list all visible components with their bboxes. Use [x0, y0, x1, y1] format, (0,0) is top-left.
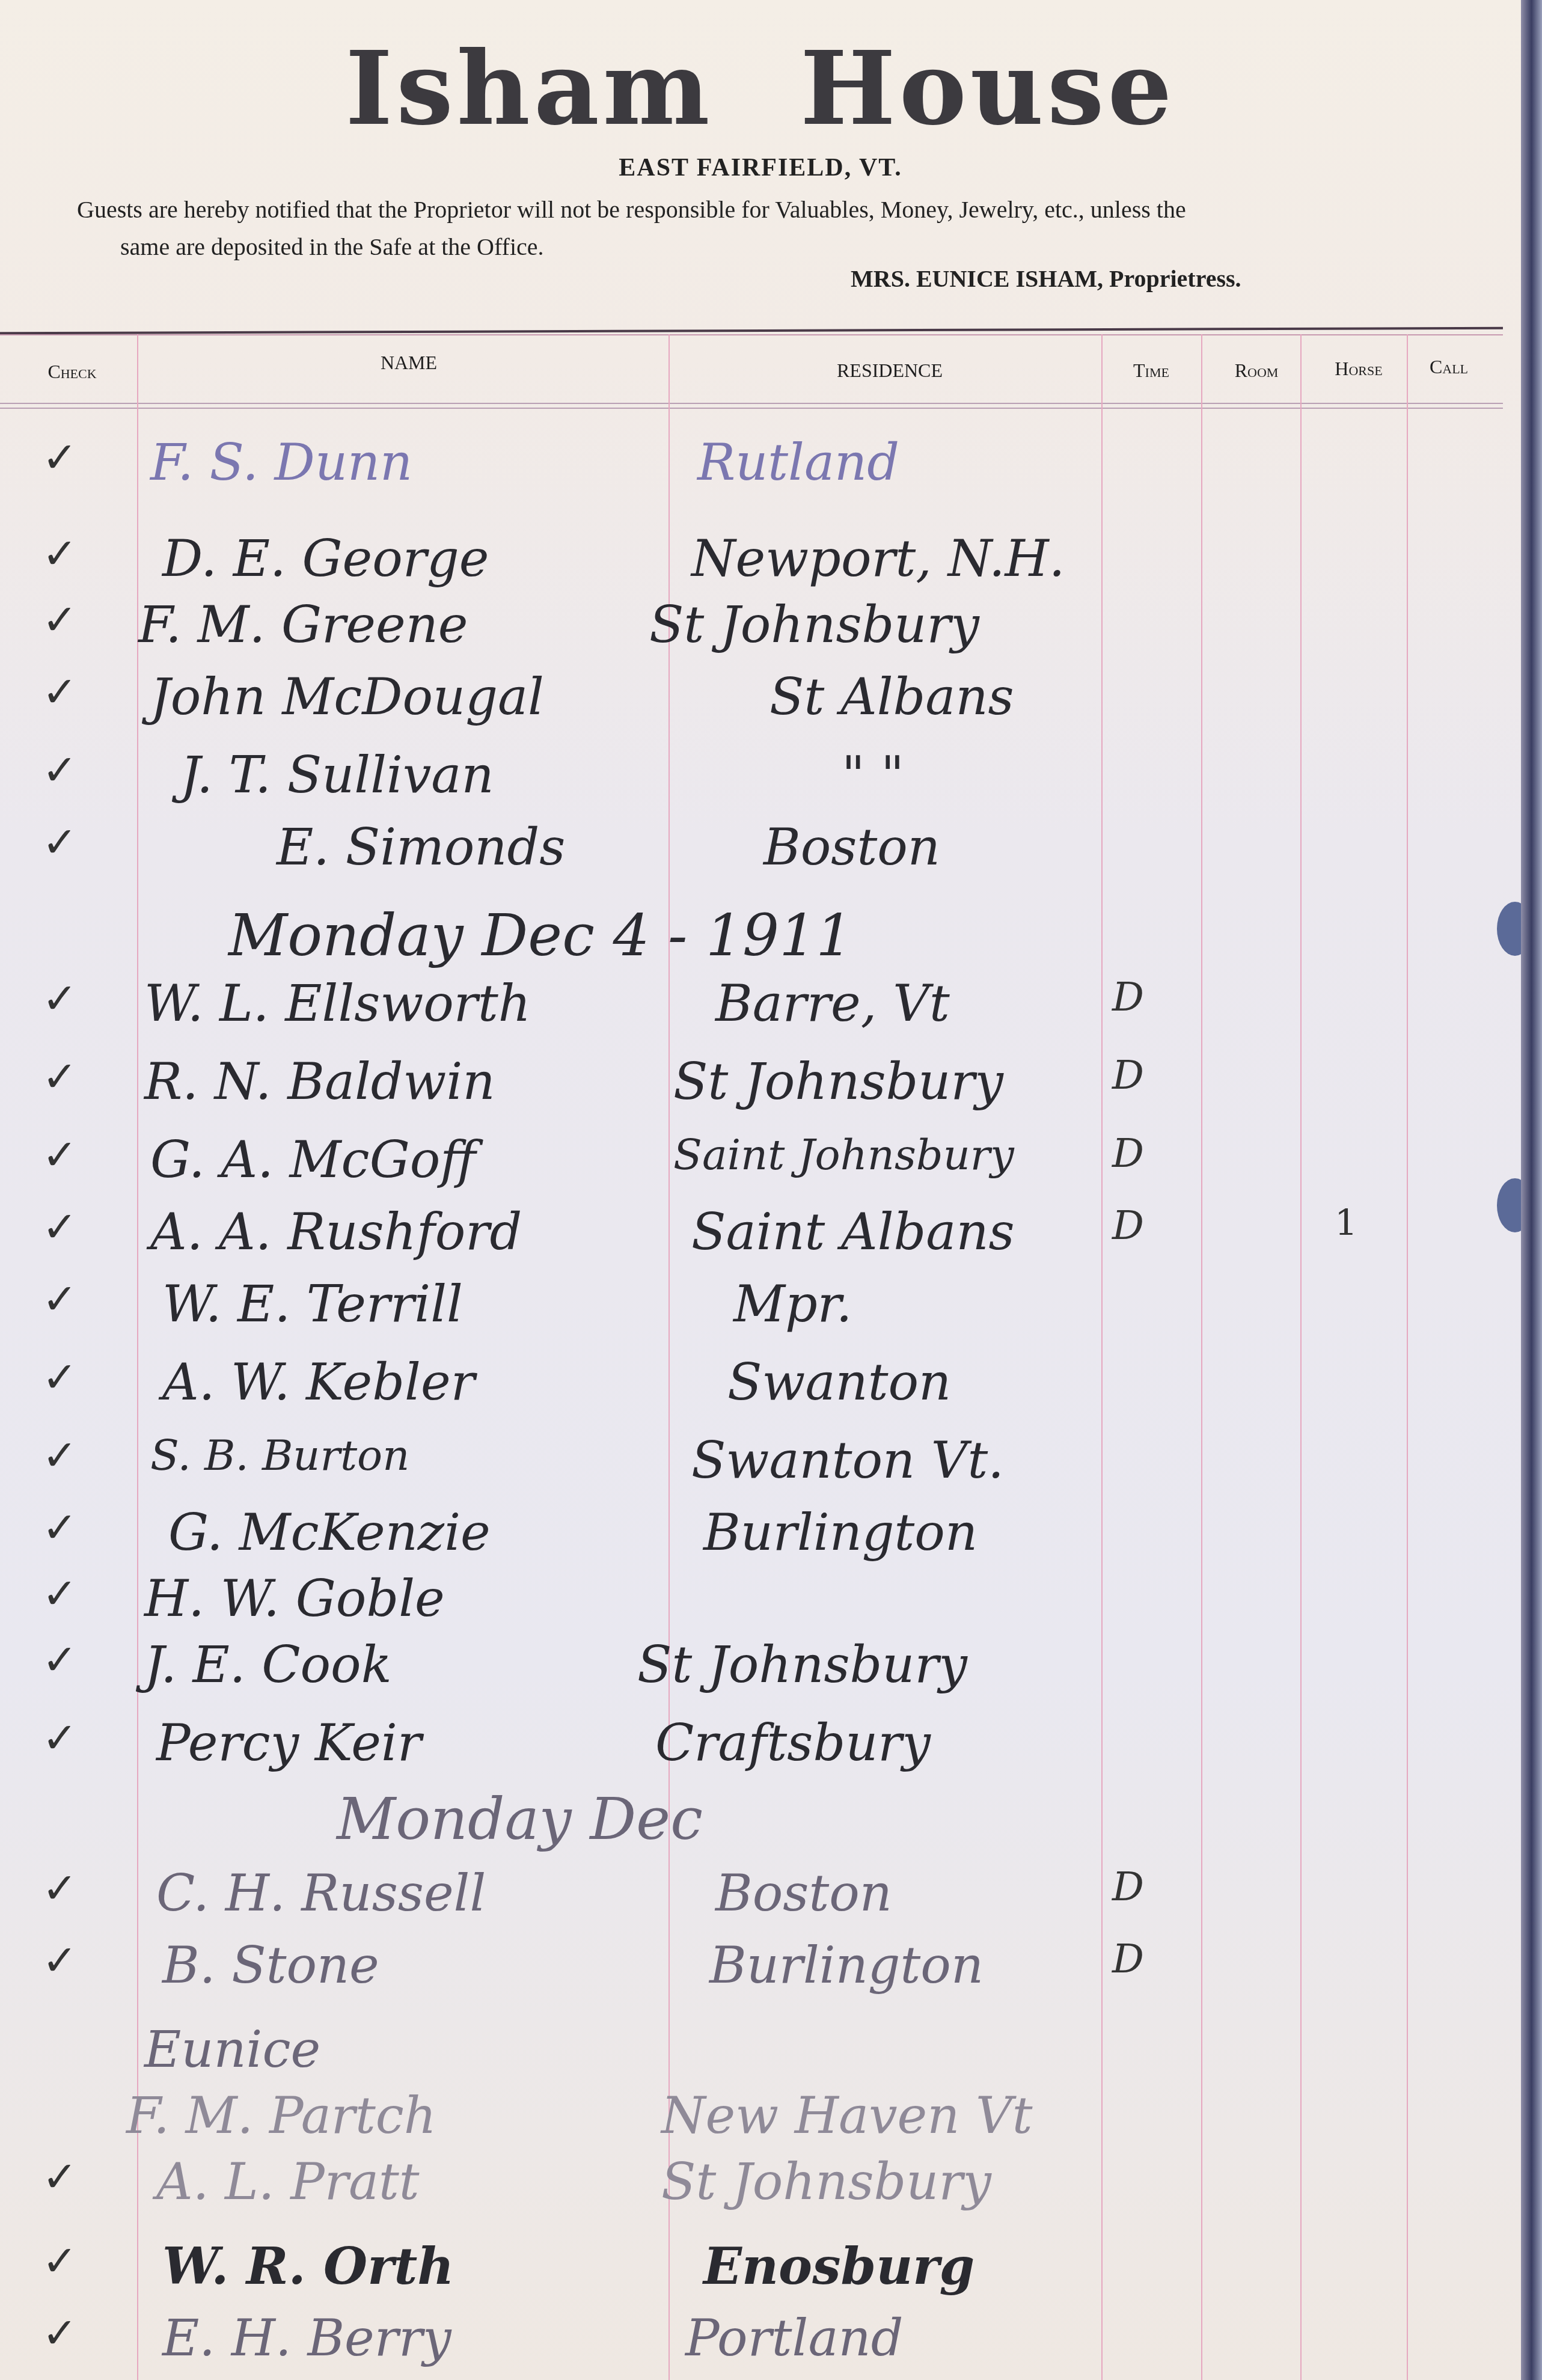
guest-name: F. S. Dunn [150, 433, 412, 492]
column-head-rule-2 [0, 408, 1503, 409]
check-mark-icon: ✓ [42, 1569, 78, 1618]
guest-residence: St Johnsbury [661, 2152, 991, 2211]
guest-name: G. McKenzie [168, 1503, 491, 1562]
check-mark-icon: ✓ [42, 1713, 78, 1763]
guest-name: C. H. Russell [156, 1864, 486, 1923]
guest-residence: St Johnsbury [649, 595, 979, 654]
register-entry: ✓ W. R. Orth Enosburg [0, 2236, 1503, 2296]
guest-name: F. M. Greene [138, 595, 468, 654]
check-mark-icon: ✓ [42, 2236, 78, 2286]
guest-name: S. B. Burton [150, 1431, 409, 1480]
column-header-name: NAME [337, 352, 481, 374]
guest-name: J. T. Sullivan [180, 745, 494, 804]
register-entry: ✓ W. L. Ellsworth Barre, Vt D [0, 974, 1503, 1034]
register-entry: Eunice [0, 2020, 1503, 2080]
proprietor-signature: MRS. EUNICE ISHAM, Proprietress. [851, 265, 1241, 293]
guest-name: B. Stone [162, 1936, 379, 1995]
header-rule-2 [0, 334, 1503, 335]
guest-name: Percy Keir [156, 1713, 421, 1772]
notice-line-1: Guests are hereby notified that the Prop… [77, 195, 1186, 224]
notice-line-2: same are deposited in the Safe at the Of… [120, 233, 544, 261]
check-mark-icon: ✓ [42, 745, 78, 795]
date-heading: Monday Dec [0, 1785, 1503, 1846]
register-page: Isham House EAST FAIRFIELD, VT. Guests a… [0, 0, 1521, 2380]
register-entry: ✓ H. W. Goble [0, 1569, 1503, 1629]
guest-name: D. E. George [162, 529, 489, 588]
guest-residence: Enosburg [703, 2236, 974, 2296]
register-entry: ✓ J. T. Sullivan " " [0, 745, 1503, 806]
register-entry: ✓ A. L. Pratt St Johnsbury [0, 2152, 1503, 2212]
check-mark-icon: ✓ [42, 1353, 78, 1402]
register-entry: ✓ Percy Keir Craftsbury [0, 1713, 1503, 1773]
guest-name: Eunice [144, 2020, 320, 2079]
guest-residence: Swanton Vt. [691, 1431, 1004, 1490]
register-entry: ✓ F. M. Greene St Johnsbury [0, 595, 1503, 655]
check-mark-icon: ✓ [42, 1431, 78, 1480]
guest-name: W. R. Orth [162, 2236, 454, 2296]
check-mark-icon: ✓ [42, 1130, 78, 1179]
check-mark-icon: ✓ [42, 1635, 78, 1684]
check-mark-icon: ✓ [42, 974, 78, 1023]
register-entry: F. M. Partch New Haven Vt [0, 2086, 1503, 2146]
check-mark-icon: ✓ [42, 529, 78, 578]
header-rule [0, 327, 1503, 335]
check-mark-icon: ✓ [42, 1864, 78, 1913]
register-entry: ✓ R. N. Baldwin St Johnsbury D [0, 1052, 1503, 1112]
check-mark-icon: ✓ [42, 1936, 78, 1985]
register-entry: ✓ John McDougal St Albans [0, 667, 1503, 727]
check-mark-icon: ✓ [42, 595, 78, 644]
check-mark-icon: ✓ [42, 2308, 78, 2358]
guest-residence: New Haven Vt [661, 2086, 1033, 2145]
guest-name: A. W. Kebler [162, 1353, 475, 1412]
register-entry: ✓ G. A. McGoff Saint Johnsbury D [0, 1130, 1503, 1190]
register-entry: ✓ E. Simonds Boston [0, 818, 1503, 878]
check-mark-icon: ✓ [42, 1503, 78, 1552]
guest-residence: Saint Johnsbury [673, 1130, 1014, 1179]
guest-name: F. M. Partch [126, 2086, 436, 2145]
date-heading: Monday Dec 4 - 1911 [0, 902, 1503, 962]
register-entry: ✓ A. W. Kebler Swanton [0, 1353, 1503, 1413]
hotel-title: Isham House [0, 29, 1521, 148]
register-entry: ✓ S. B. Burton Swanton Vt. [0, 1431, 1503, 1491]
register-entry: ✓ F. S. Dunn Rutland [0, 433, 1503, 493]
guest-name: H. W. Goble [144, 1569, 445, 1628]
check-mark-icon: ✓ [42, 1274, 78, 1324]
guest-residence: Mpr. [733, 1274, 852, 1333]
guest-residence: Craftsbury [655, 1713, 931, 1772]
date-text: Monday Dec 4 - 1911 [228, 902, 852, 969]
time-value: D [1112, 1130, 1144, 1176]
column-header-call: Call [1416, 356, 1482, 378]
register-entry: ✓ G. McKenzie Burlington [0, 1503, 1503, 1563]
register-entry: ✓ A. A. Rushford Saint Albans D 1 [0, 1202, 1503, 1262]
guest-residence: St Albans [769, 667, 1014, 726]
check-mark-icon: ✓ [42, 667, 78, 717]
check-mark-icon: ✓ [42, 433, 78, 482]
guest-residence: Burlington [703, 1503, 978, 1562]
register-entry: ✓ J. E. Cook St Johnsbury [0, 1635, 1503, 1695]
column-head-rule [0, 403, 1503, 404]
guest-name: G. A. McGoff [150, 1130, 476, 1189]
guest-name: A. A. Rushford [150, 1202, 522, 1261]
date-text: Monday Dec [337, 1785, 703, 1853]
guest-residence: St Johnsbury [637, 1635, 967, 1694]
check-mark-icon: ✓ [42, 1052, 78, 1101]
register-entry: ✓ D. E. George Newport, N.H. [0, 529, 1503, 589]
horse-value: 1 [1335, 1202, 1357, 1244]
guest-residence: Newport, N.H. [691, 529, 1065, 588]
guest-residence: Portland [685, 2308, 903, 2367]
time-value: D [1112, 1202, 1144, 1249]
guest-name: W. L. Ellsworth [144, 974, 531, 1033]
guest-residence: Boston [763, 818, 940, 876]
register-entry: ✓ W. E. Terrill Mpr. [0, 1274, 1503, 1335]
guest-name: W. E. Terrill [162, 1274, 463, 1333]
column-header-time: Time [1118, 359, 1184, 382]
column-header-residence: RESIDENCE [800, 359, 980, 382]
check-mark-icon: ✓ [42, 818, 78, 867]
guest-residence: " " [842, 745, 904, 804]
register-entry: ✓ E. H. Berry Portland [0, 2308, 1503, 2369]
book-binding [1521, 0, 1542, 2380]
register-entry: ✓ B. Stone Burlington D [0, 1936, 1503, 1996]
check-mark-icon: ✓ [42, 2152, 78, 2201]
column-header-horse: Horse [1320, 358, 1398, 380]
guest-name: John McDougal [150, 667, 544, 726]
guest-residence: Barre, Vt [715, 974, 950, 1033]
guest-name: A. L. Pratt [156, 2152, 420, 2211]
hotel-location: EAST FAIRFIELD, VT. [0, 153, 1521, 182]
time-value: D [1112, 1052, 1144, 1098]
guest-residence: Boston [715, 1864, 892, 1923]
guest-name: E. H. Berry [162, 2308, 451, 2367]
time-value: D [1112, 974, 1144, 1020]
check-mark-icon: ✓ [42, 1202, 78, 1252]
guest-residence: Burlington [709, 1936, 984, 1995]
guest-residence: Saint Albans [691, 1202, 1015, 1261]
column-header-room: Room [1220, 359, 1293, 382]
register-entry: ✓ C. H. Russell Boston D [0, 1864, 1503, 1924]
guest-name: R. N. Baldwin [144, 1052, 495, 1111]
guest-name: J. E. Cook [144, 1635, 392, 1694]
column-header-check: Check [36, 361, 108, 383]
guest-residence: Rutland [697, 433, 899, 492]
guest-name: E. Simonds [277, 818, 565, 876]
time-value: D [1112, 1864, 1144, 1910]
guest-residence: St Johnsbury [673, 1052, 1003, 1111]
guest-residence: Swanton [727, 1353, 951, 1412]
time-value: D [1112, 1936, 1144, 1982]
